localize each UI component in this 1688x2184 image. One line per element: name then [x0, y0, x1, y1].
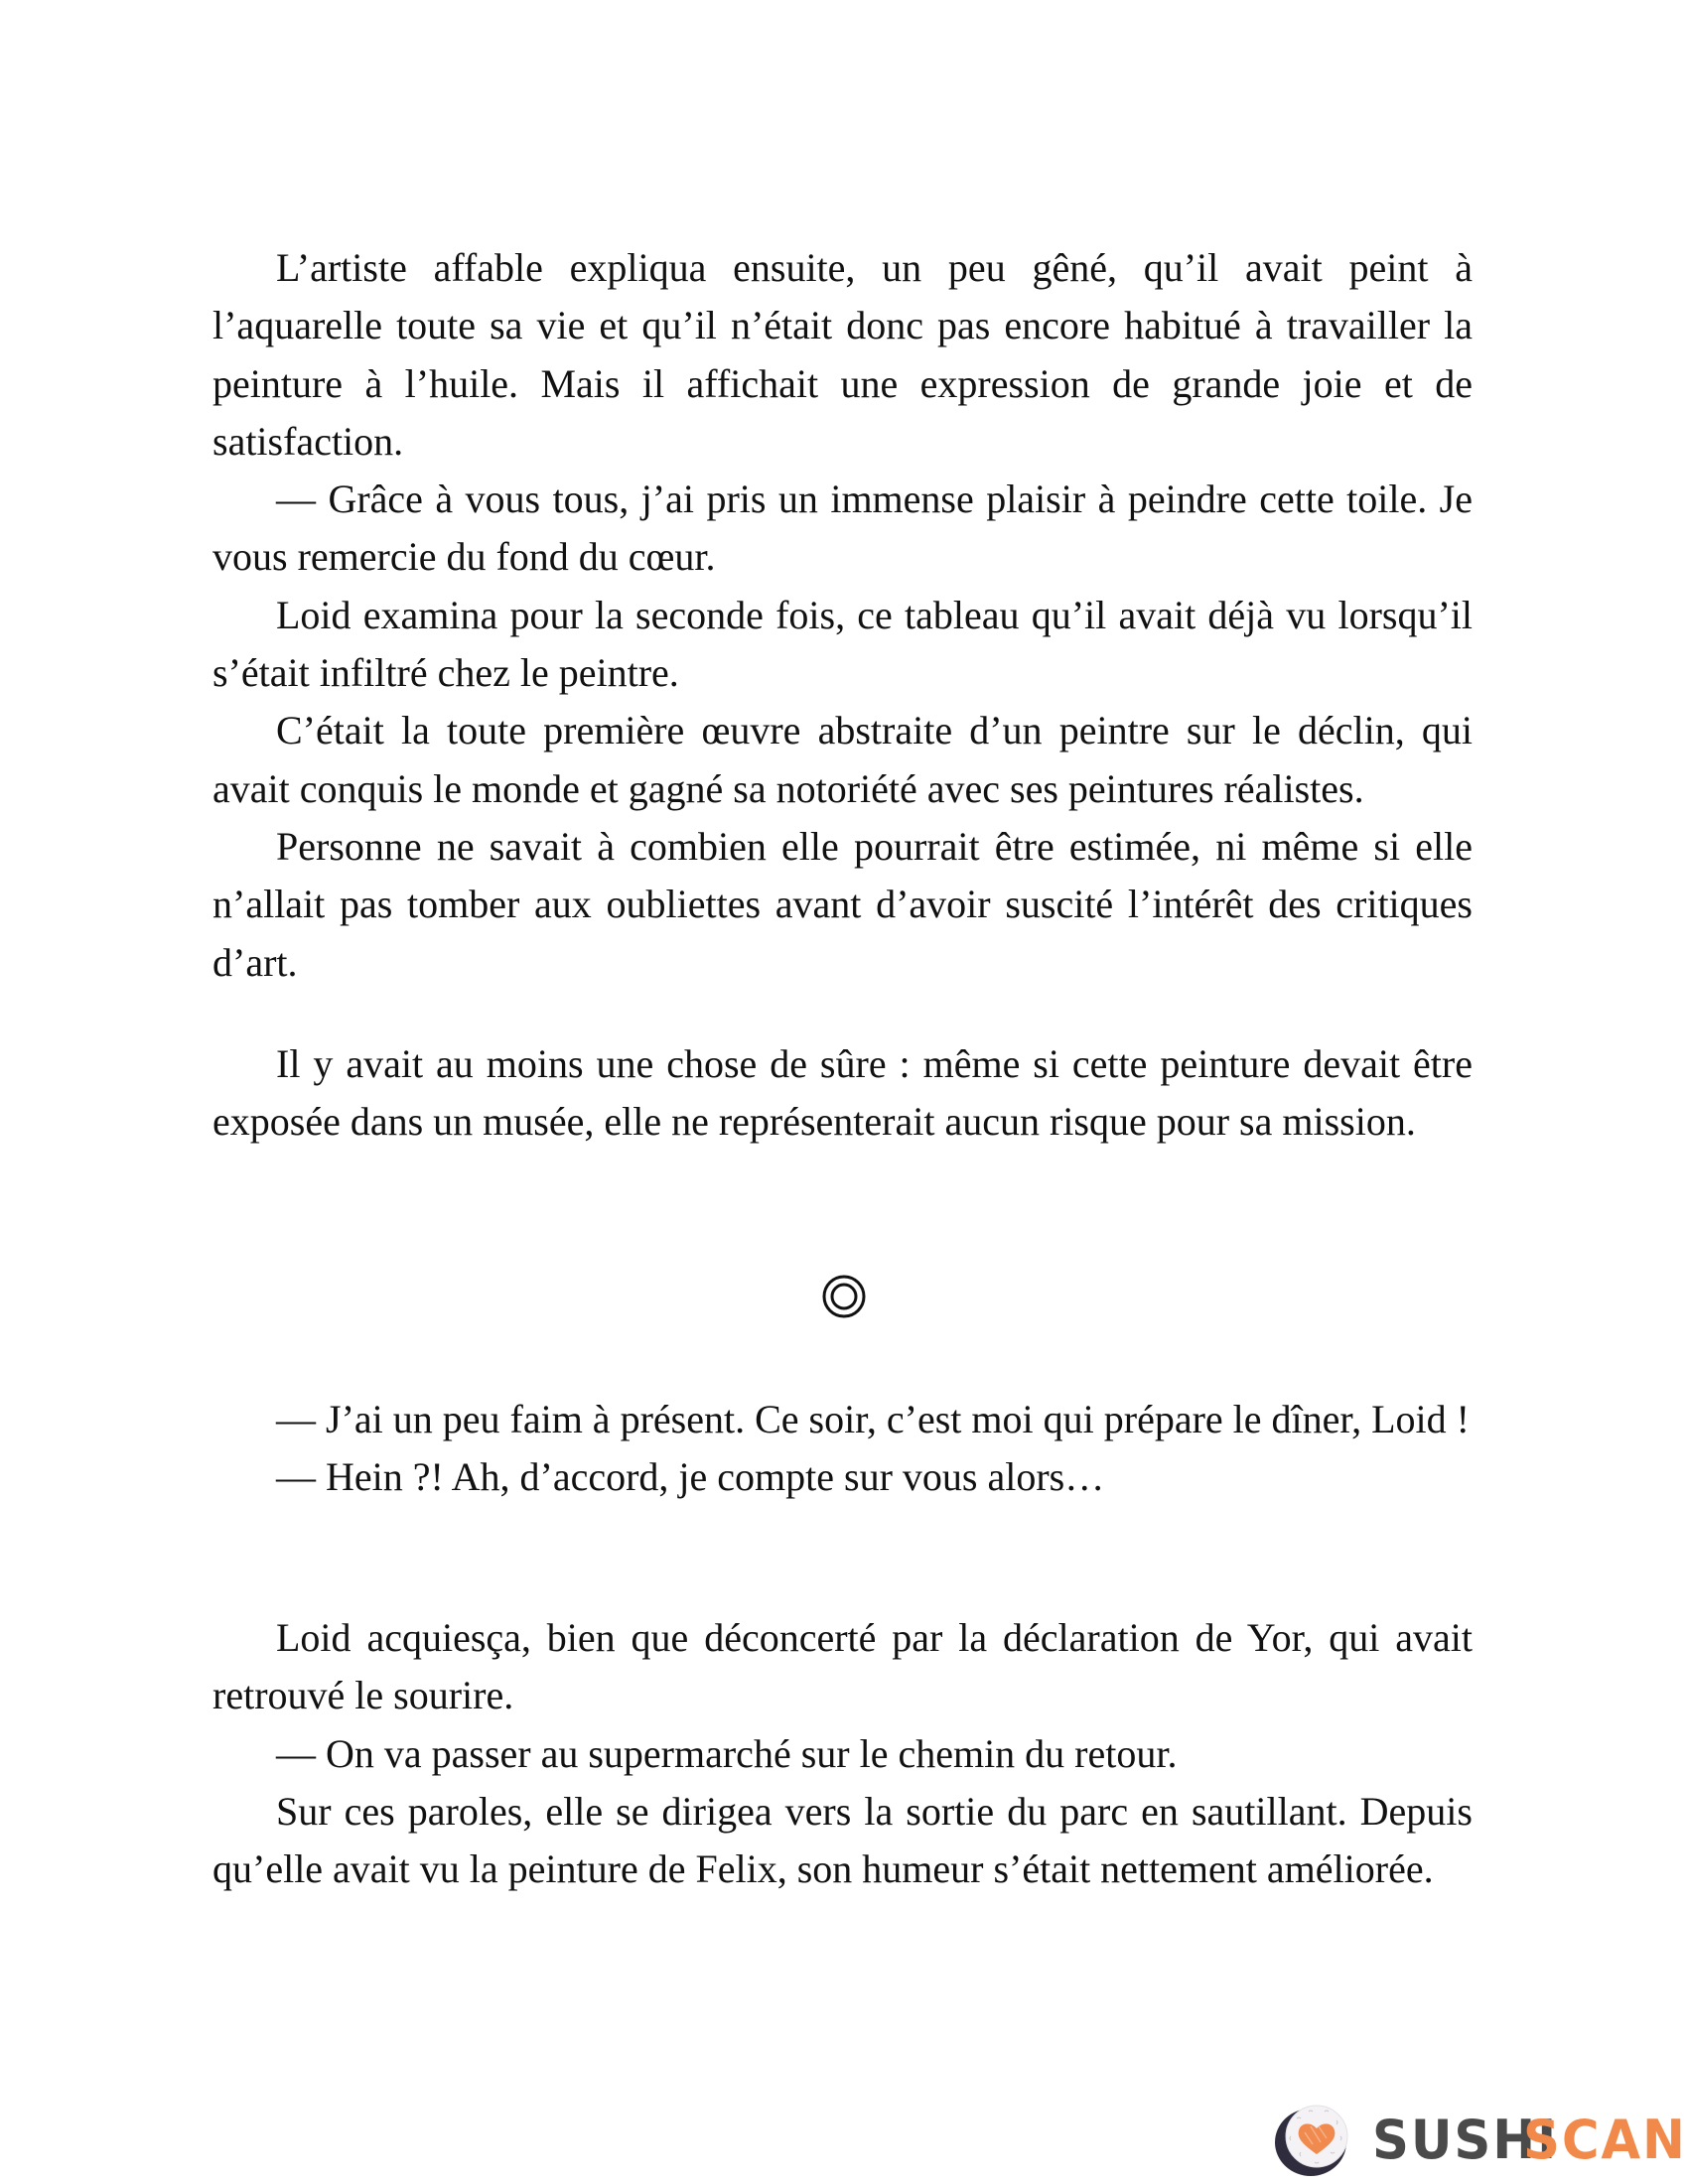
logo-word-scans: SCANS — [1523, 2109, 1688, 2172]
paragraph: L’artiste affable expliqua ensuite, un p… — [212, 239, 1473, 471]
sushi-roll-heart-icon — [1273, 2103, 1354, 2178]
dialogue-line: — Grâce à vous tous, j’ai pris un immens… — [212, 471, 1473, 587]
paragraph: Loid examina pour la seconde fois, ce ta… — [212, 587, 1473, 703]
paragraph: Loid acquiesça, bien que déconcerté par … — [212, 1609, 1473, 1725]
sushi-scans-watermark: SUSHI SCANS — [1273, 2103, 1688, 2178]
paragraph: Sur ces paroles, elle se dirigea vers la… — [212, 1783, 1473, 1899]
dialogue-line: — On va passer au supermarché sur le che… — [212, 1725, 1473, 1783]
paragraph: Il y avait au moins une chose de sûre : … — [212, 1035, 1473, 1152]
text-section-1: L’artiste affable expliqua ensuite, un p… — [212, 239, 1473, 992]
paragraph: C’était la toute première œuvre abstrait… — [212, 702, 1473, 818]
text-section-2: Il y avait au moins une chose de sûre : … — [212, 1035, 1473, 1152]
text-section-3: — J’ai un peu faim à présent. Ce soir, c… — [212, 1391, 1473, 1507]
dialogue-line: — Hein ?! Ah, d’accord, je compte sur vo… — [212, 1448, 1473, 1506]
dialogue-line: — J’ai un peu faim à présent. Ce soir, c… — [212, 1391, 1473, 1448]
text-section-4: Loid acquiesça, bien que déconcerté par … — [212, 1609, 1473, 1898]
double-circle-icon — [821, 1274, 867, 1319]
paragraph: Personne ne savait à combien elle pourra… — [212, 818, 1473, 992]
